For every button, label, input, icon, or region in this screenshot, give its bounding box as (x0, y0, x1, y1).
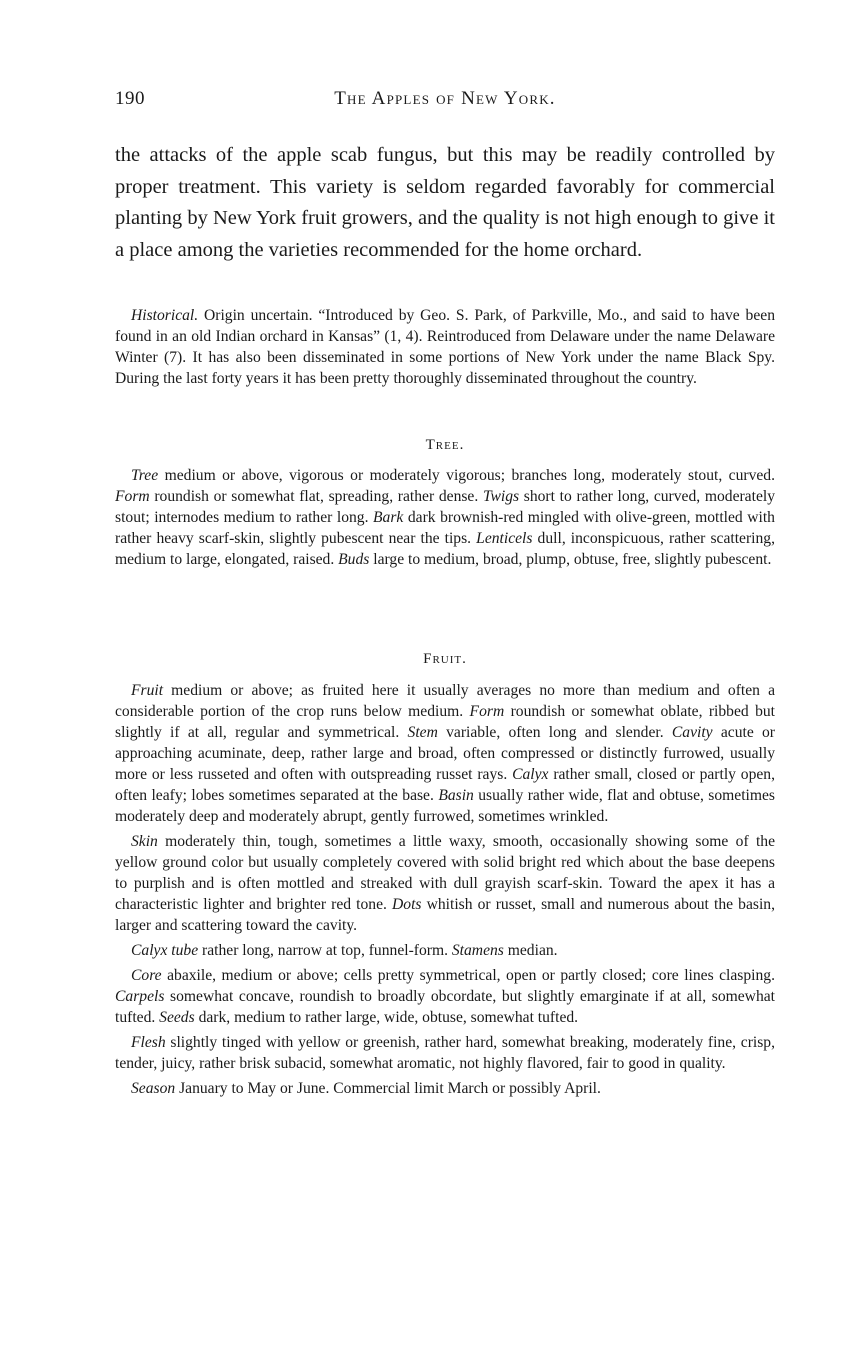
term: Stem (408, 724, 438, 741)
historical-text: Origin uncertain. “Introduced by Geo. S.… (115, 307, 775, 387)
skin-paragraph: Skin moderately thin, tough, sometimes a… (115, 831, 775, 936)
historical-section: Historical. Origin uncertain. “Introduce… (115, 305, 775, 389)
term-text: median. (504, 942, 558, 959)
term: Dots (392, 896, 421, 913)
term: Tree (131, 467, 158, 484)
season-paragraph: Season January to May or June. Commercia… (115, 1078, 775, 1099)
term: Bark (373, 509, 403, 526)
term: Calyx (512, 766, 548, 783)
lead-paragraph: the attacks of the apple scab fungus, bu… (115, 140, 775, 266)
term: Form (470, 703, 505, 720)
term: Stamens (452, 942, 504, 959)
historical-paragraph: Historical. Origin uncertain. “Introduce… (115, 305, 775, 389)
term-text: dark, medium to rather large, wide, obtu… (195, 1009, 578, 1026)
calyx-tube-paragraph: Calyx tube rather long, narrow at top, f… (115, 940, 775, 961)
term: Basin (438, 787, 474, 804)
term: Buds (338, 551, 369, 568)
term-text: medium or above, vigorous or moderately … (158, 467, 775, 484)
term-text: large to medium, broad, plump, obtuse, f… (369, 551, 771, 568)
term-text: January to May or June. Commercial limit… (175, 1080, 601, 1097)
running-title: The Apples of New York. (115, 88, 775, 110)
term: Calyx tube (131, 942, 198, 959)
tree-heading: Tree. (115, 437, 775, 454)
term: Cavity (672, 724, 713, 741)
term-text: variable, often long and slender. (438, 724, 672, 741)
flesh-paragraph: Flesh slightly tinged with yellow or gre… (115, 1032, 775, 1074)
term: Carpels (115, 988, 164, 1005)
term: Core (131, 967, 162, 984)
term-text: abaxile, medium or above; cells pretty s… (162, 967, 775, 984)
tree-paragraph: Tree medium or above, vigorous or modera… (115, 465, 775, 570)
fruit-heading: Fruit. (115, 651, 775, 668)
historical-label: Historical. (131, 307, 198, 324)
term-text: rather long, narrow at top, funnel-form. (198, 942, 452, 959)
term: Season (131, 1080, 175, 1097)
term: Lenticels (476, 530, 532, 547)
term: Form (115, 488, 150, 505)
fruit-section: Fruit medium or above; as fruited here i… (115, 680, 775, 1099)
term: Twigs (483, 488, 519, 505)
core-paragraph: Core abaxile, medium or above; cells pre… (115, 965, 775, 1028)
fruit-paragraph: Fruit medium or above; as fruited here i… (115, 680, 775, 827)
term-text: slightly tinged with yellow or greenish,… (115, 1034, 775, 1072)
term: Fruit (131, 682, 163, 699)
term: Flesh (131, 1034, 166, 1051)
term: Skin (131, 833, 158, 850)
term-text: roundish or somewhat flat, spreading, ra… (150, 488, 483, 505)
term: Seeds (159, 1009, 195, 1026)
page-header: 190 The Apples of New York. (115, 88, 775, 112)
tree-section: Tree medium or above, vigorous or modera… (115, 465, 775, 570)
